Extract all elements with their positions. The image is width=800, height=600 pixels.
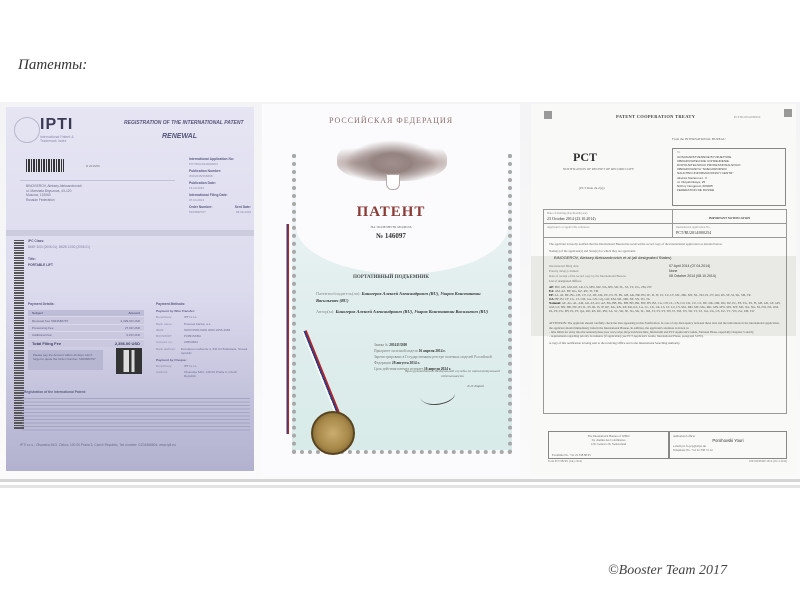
application-fields: International Application No: PCT/RU2014… [189,157,251,217]
recipient-address: To: GOSUDARSTVENNOE BYUDJETNOE OBRAZOVAT… [672,148,786,206]
important-cell: IMPORTANT NOTIFICATION [672,209,787,224]
attention-item: - requirements regarding priority docume… [549,334,781,338]
authors-value: Биногеров Алексей Александрович (RU), Ув… [336,309,489,314]
address-line: FEDERATION DE RUSSIE [677,188,781,192]
addressee: BINOGEROV, Aleksey Aleksandrovich ul. Ma… [26,184,82,202]
row-currency: USD [133,319,140,323]
field-value: 5363682707 [189,210,206,214]
wire-value: SK63 6500 0000 0000 2055 4684 [184,328,230,332]
mailing-value: 23 October 2014 (23.10.2014) [547,216,669,221]
patent-subtype: НА ПОЛЕЗНУЮ МОДЕЛЬ [262,225,520,229]
total-label: Total Filing Fee [32,341,61,346]
pct-rule: (PCT Rule 24.2(a)) [579,186,605,190]
patent-number: № 146097 [262,232,520,240]
tricolor-ribbon [285,224,289,434]
form-code: Form PCT/IB/301 (July 2014) [548,460,582,463]
field-value: 08.09.2016 [236,210,251,214]
field-application-no: International Application No: PCT/RU2014… [189,157,251,166]
cheque-value: Olsanska 54/3, 130 00 Praha 3, Czech Rep… [184,370,250,378]
notification-title: NOTIFICATION OF RECEIPT OF RECORD COPY [551,167,646,172]
row-currency: USD [133,333,140,337]
designated-offices: AP: BW, GH, GM, KE, LR, LS, MW, MZ, NA, … [549,285,781,314]
wire-value: POBNSKBA [184,334,201,338]
payment-methods-label: Payment Methods: [156,302,250,306]
form-code-right: 1093 REPORT 2014 (29.11.2014) [749,460,787,463]
row-subject: Processing Fee [32,326,54,330]
table-row: Processing Fee 27.00 USD [28,325,144,332]
copyright-footer: ©Booster Team 2017 [608,563,727,579]
pct-reference: PCT/RU2014/000254 [734,115,760,119]
ipc-class: IPC Class: B66F 3/00 (2006.01), B62B 11/… [28,239,90,249]
header-amount: Amount [128,311,140,315]
coat-of-arms-icon [386,174,400,190]
authors-label: Автор(ы): [316,309,334,314]
names-label: Name(s) of the applicant(s) and State(s)… [549,249,781,253]
wire-row: Bank address:Dvorakovo nabrezie 4, 811 0… [156,347,250,355]
payment-methods: Payment Methods: Payment by Wire Transfe… [156,302,250,378]
row-subject: Renewal Fee 5363682707 [32,319,68,323]
applicant-name: BINOGEROV, Aleksey Aleksandrovich et al … [554,256,781,260]
signer-note: Врио руководителя Федеральной службы по … [405,369,500,379]
cheque-title: Payment by Cheque: [156,358,250,362]
intro-text: The applicant is hereby notified that th… [549,242,781,246]
header-subject: Subject [32,311,43,315]
officer-box: Authorized officer Porohovski Youri e-ma… [669,431,787,459]
facsimile: Facsimile No. +41 22 338 88 05 [552,453,591,457]
patent-holders: Патентообладатель(ли): Биногеров Алексей… [316,290,496,304]
ib-address-line: 1211 Geneva 20, Switzerland [549,442,668,446]
info-value: 08 October 2014 (08.10.2014) [669,274,716,279]
mailing-date-cell: Date of mailing (day/month/year) 23 Octo… [543,209,673,224]
ipti-logo-subtitle: International Patent & Trademark Index [40,135,90,143]
pct-notification-document: PATENT COOPERATION TREATY PCT/RU2014/000… [531,104,796,474]
patent-title: Title: PORTABLE LIFT [28,257,53,267]
mailing-label: Date of mailing (day/month/year) [547,211,669,215]
registration-text [22,398,250,433]
field-filing-date: International Filing Date: 07.04.2014 [189,193,251,202]
divider [20,180,175,181]
row-currency: USD [133,326,140,330]
wire-value: 20554684 [184,340,198,344]
row-amount: 27.00 [125,326,133,330]
strip-divider [0,485,800,488]
notification-body: The applicant is hereby notified that th… [549,242,781,345]
wire-title: Payment by Wire Transfer: [156,309,250,313]
field-order: Order Number: Sent Date: 5363682707 08.0… [189,205,251,214]
field-label: International Application No: [189,157,251,161]
invention-name: ПОРТАТИВНЫЙ ПОДЪЕМНИК [262,275,520,280]
cheque-value: IPTI s.r.o. [184,364,197,368]
holders-label: Патентообладатель(ли): [316,291,361,296]
addressee-line: BINOGEROV, Aleksey Aleksandrovich [26,184,82,189]
ib-address-box: The International Bureau of WIPO 34, che… [548,431,669,459]
attention-text: ATTENTION: The applicant should carefull… [549,321,781,344]
reference-label: Applicant's or agent's file reference [547,225,669,229]
total-currency: USD [132,341,140,346]
field-label: Order Number: [189,205,212,209]
field-label: Publication Number: [189,169,251,173]
from-line: From the INTERNATIONAL BUREAU [672,137,725,141]
field-publication-no: Publication Number: WO/2015/156698 [189,169,251,178]
cheque-row: Beneficiary:IPTI s.r.o. [156,364,250,368]
section-separator [6,230,254,236]
wire-value: IPTI s.r.o. [184,315,197,319]
registration-label: Registration of the International Patent… [24,390,86,394]
row-amount: 2,329.00 [121,319,133,323]
wire-row: IBAN:SK63 6500 0000 0000 2055 4684 [156,328,250,332]
title-value: PORTABLE LIFT [28,263,53,267]
title-label: Title: [28,257,53,261]
ipc-value: B66F 3/00 (2006.01), B62B 11/00 (2006.01… [28,245,90,249]
priority-label: Приоритет полезной модели [374,349,418,353]
qr-code-icon [116,348,142,374]
wire-key: IBAN: [156,328,184,332]
signer-name: Л.Л. Кирий [467,384,484,388]
application-label: Заявка № [374,343,388,347]
application-cell: International application No. PCT/RU2014… [672,223,787,238]
wire-key: Bank name: [156,322,184,326]
gold-seal-icon [311,411,355,455]
copy-note: A copy of this notification is being sen… [549,341,781,345]
wire-key: Account no.: [156,340,184,344]
ipti-header-title: REGISTRATION OF THE INTERNATIONAL PATENT [124,120,244,126]
field-label: International Filing Date: [189,193,251,197]
application-number: 2014113300 [389,343,407,347]
wire-key: Bank address: [156,347,181,355]
barcode-ref: R 2016/06 [86,164,100,168]
field-value: WO/2015/156698 [189,174,251,178]
row-subject: Additional Fee [32,333,52,337]
total-row: Total Filing Fee 2,356.00 USD [28,340,144,347]
qr-code-icon [784,109,792,117]
slide-title: Патенты: [18,57,87,74]
cheque-key: Beneficiary: [156,364,184,368]
priority-date: 16 апреля 2014 г. [419,349,446,353]
table-row: Renewal Fee 5363682707 2,329.00 USD [28,317,144,324]
ipti-logo: IPTI [40,116,73,134]
patent-authors: Автор(ы): Биногеров Алексей Александрови… [316,308,496,315]
cheque-key: Address: [156,370,184,378]
row-amount: 0.00 [127,333,133,337]
payment-table: Subject Amount Renewal Fee 5363682707 2,… [28,310,144,347]
cheque-row: Address:Olsanska 54/3, 130 00 Praha 3, C… [156,370,250,378]
wire-row: Beneficiary:IPTI s.r.o. [156,315,250,319]
russian-patent-document: РОССИЙСКАЯ ФЕДЕРАЦИЯ ПАТЕНТ НА ПОЛЕЗНУЮ … [262,104,520,476]
wire-row: BIC/SWIFT:POBNSKBA [156,334,250,338]
payment-details-label: Payment Details: [28,302,55,306]
table-header: Subject Amount [28,310,144,317]
application-value: PCT/RU2014/000254 [676,230,783,235]
wire-value: Postova banka, a.s. [184,322,211,326]
ipti-renewal-document: IPTI International Patent & Trademark In… [6,107,254,471]
field-label: Sent Date: [235,205,251,209]
wire-row: Bank name:Postova banka, a.s. [156,322,250,326]
attention-main: ATTENTION: The applicant should carefull… [549,321,781,329]
field-label: Publication Date: [189,181,251,185]
pct-header: PATENT COOPERATION TREATY [616,114,695,119]
ipti-header-subtitle: RENEWAL [162,133,197,140]
ipc-label: IPC Class: [28,239,90,243]
office-value: AE, AG, AL, AM, AO, AT, AU, AZ, BA, BB, … [549,301,780,313]
qr-code-icon [544,111,552,119]
wire-row: Account no.:20554684 [156,340,250,344]
addressee-line: Russian Federation [26,198,82,203]
wire-key: Beneficiary: [156,315,184,319]
ipti-globe-icon [14,117,40,143]
officer-telephone: Telephone No. +41 22 338 74 14 [673,448,783,452]
field-value: PCT/RU2014/000254 [189,162,251,166]
wire-value: Dvorakovo nabrezie 4, 811 02 Bratislava,… [181,347,250,355]
info-key: Date of receipt of the record copy by th… [549,274,669,279]
field-value: 15.10.2015 [189,186,251,190]
offices-label: List of designated Offices: [549,279,781,283]
barcode-icon [26,159,64,172]
country-heading: РОССИЙСКАЯ ФЕДЕРАЦИЯ [262,116,520,125]
table-row: Additional Fee 0.00 USD [28,332,144,339]
ipti-footer: IPTI s.r.o., Olsanska 54/3, Zizkov, 130 … [20,443,176,447]
payment-note: Please pay the Amount within 14 days. Do… [28,350,103,370]
field-value: 07.04.2014 [189,198,251,202]
wire-key: BIC/SWIFT: [156,334,184,338]
application-label: International application No. [676,225,783,229]
total-amount: 2,356.00 [115,341,131,346]
pct-title: PCT [573,150,597,165]
important-label: IMPORTANT NOTIFICATION [676,216,783,220]
patent-dates: Заявка № 2014113300 Приоритет полезной м… [374,342,504,372]
reference-cell: Applicant's or agent's file reference [543,223,673,238]
officer-name: Porohovski Youri [673,439,783,443]
field-publication-date: Publication Date: 15.10.2015 [189,181,251,190]
registered-date: 28 августа 2014 г. [392,361,420,365]
patent-title: ПАТЕНТ [262,204,520,221]
